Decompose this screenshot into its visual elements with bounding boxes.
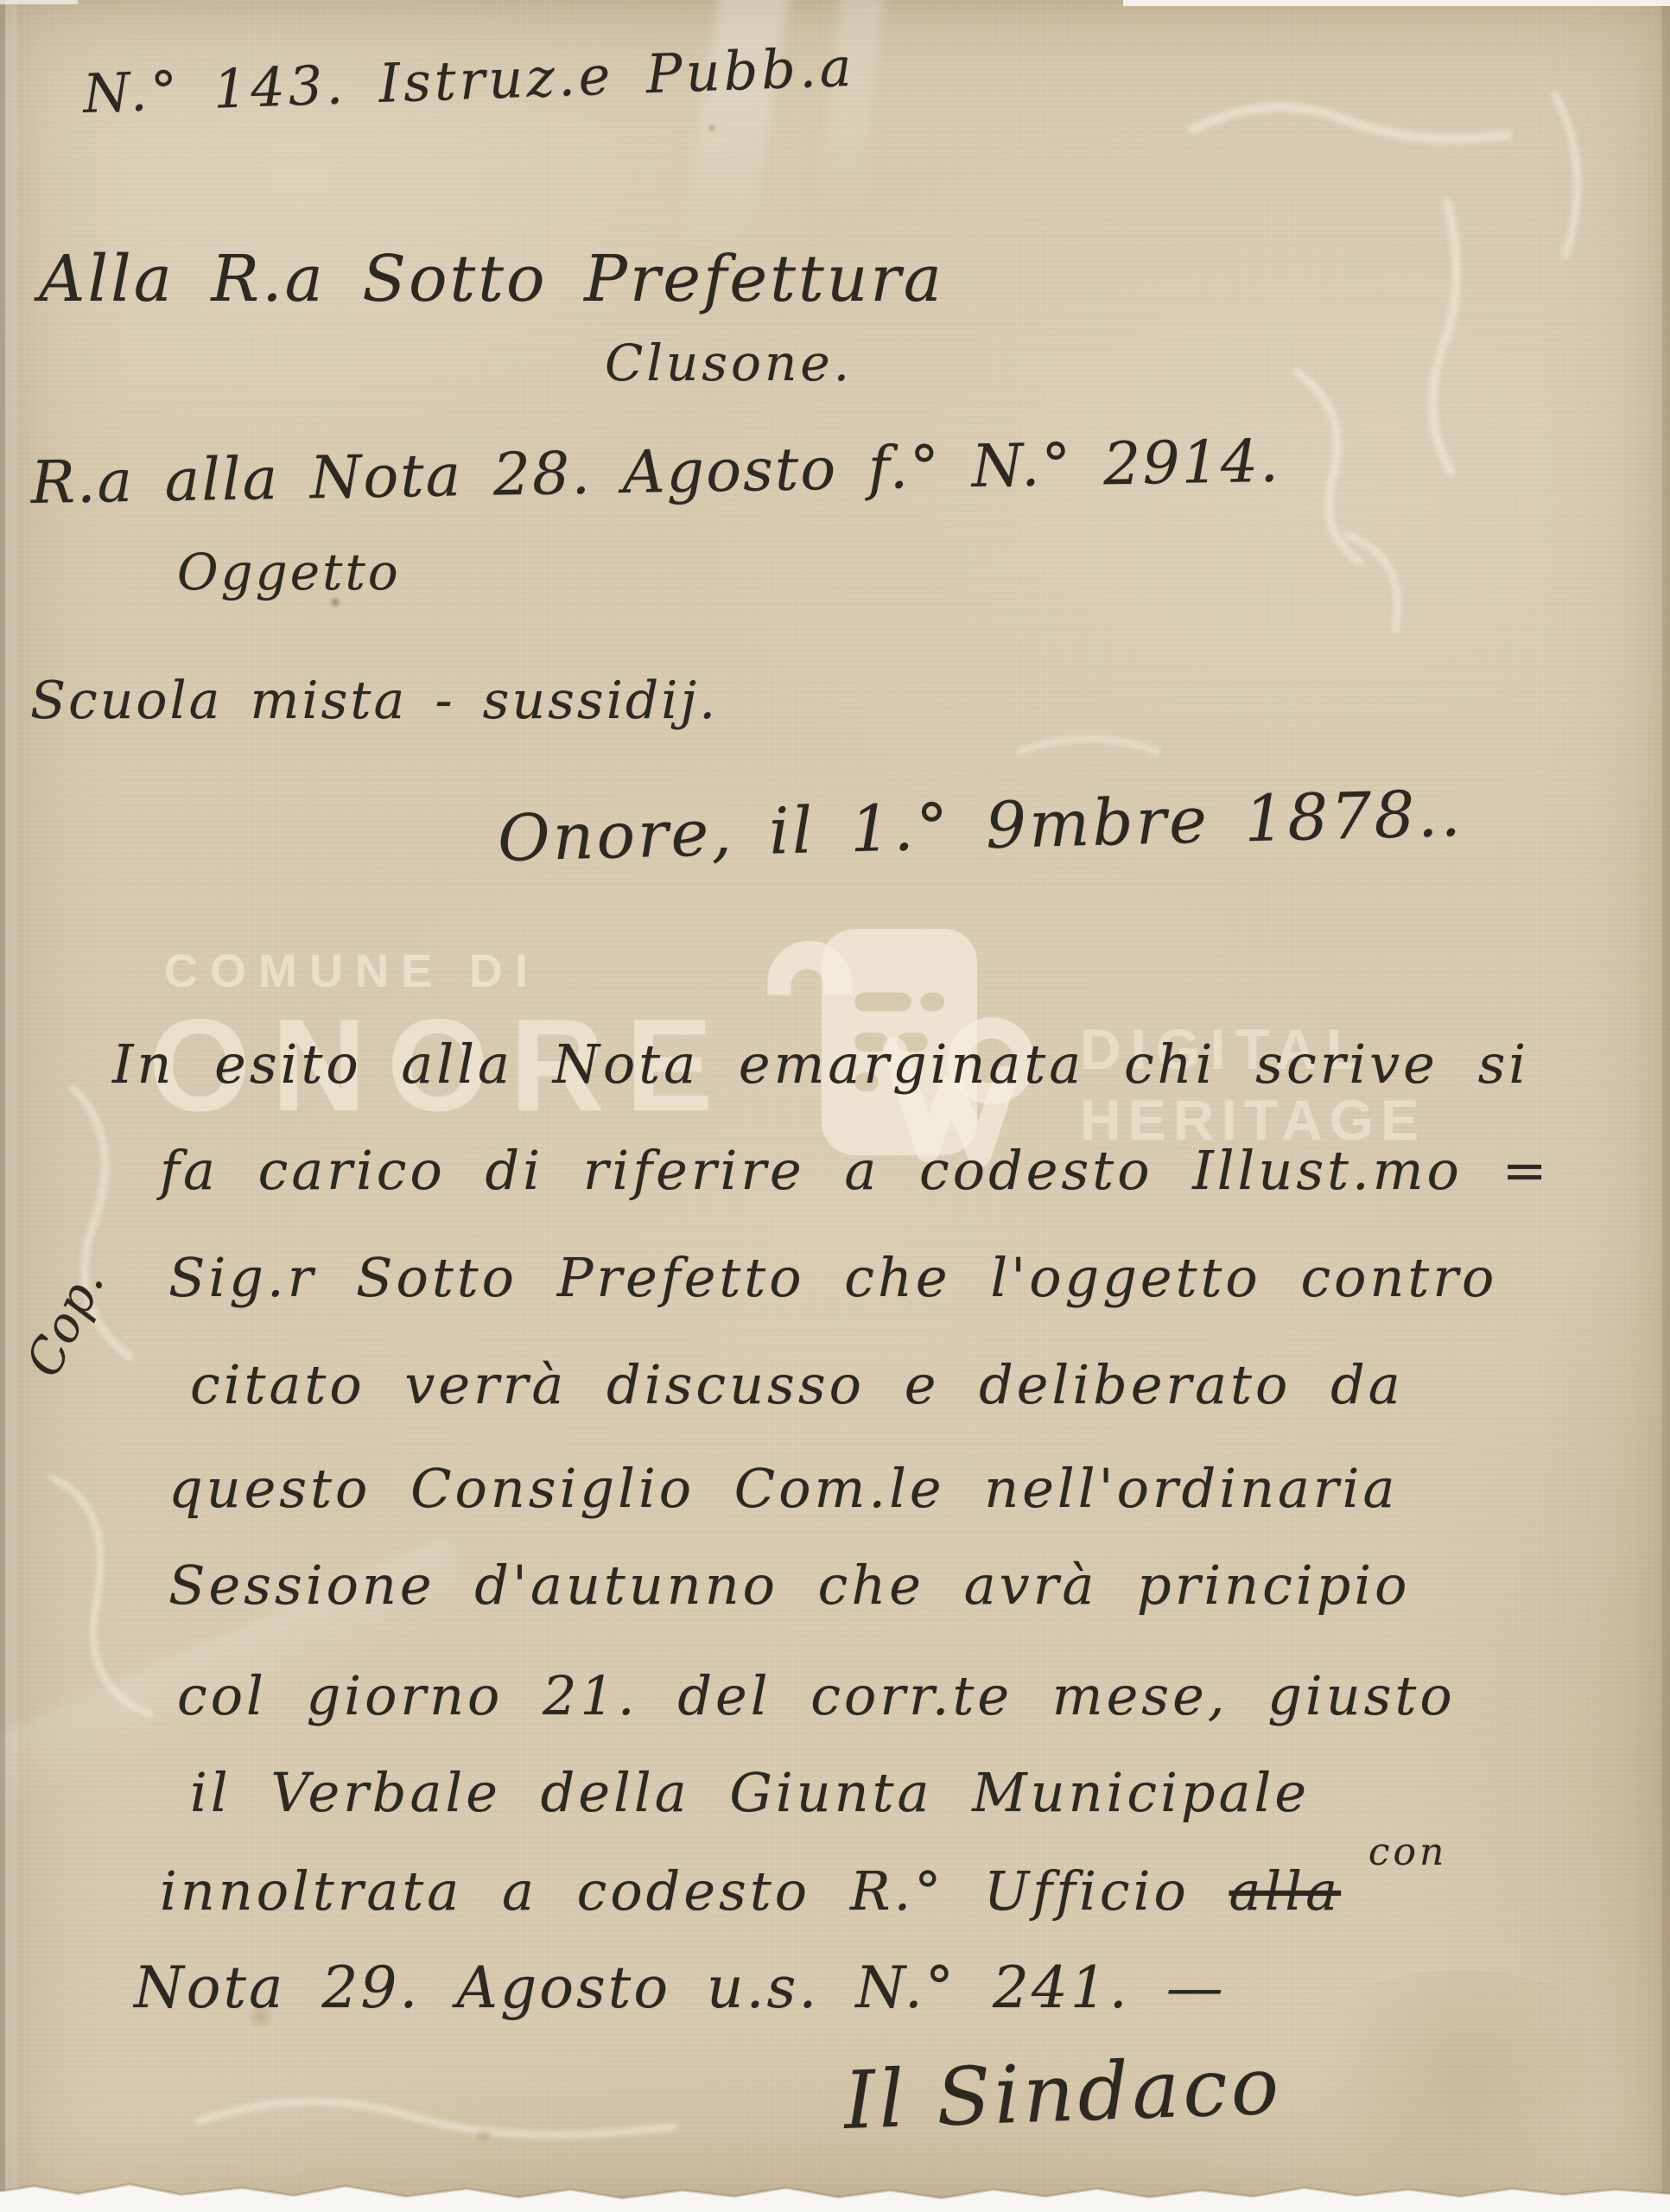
body-line: Sessione d'autunno che avrà principio (168, 1554, 1411, 1617)
body-line: questo Consiglio Com.le nell'ordinaria (168, 1457, 1398, 1520)
reference-line: R.a alla Nota 28. Agosto f.° N.° 2914. (30, 428, 1280, 518)
recipient-line: Alla R.a Sotto Prefettura (39, 242, 944, 316)
left-edge-line (0, 0, 5, 2212)
top-edge-notch (1123, 0, 1670, 6)
stain-shade (1279, 1970, 1641, 2195)
correction-pre-text: innoltrata a codesto R.° Ufficio (160, 1859, 1190, 1923)
closing-line: Nota 29. Agosto u.s. N.° 241. — (134, 1955, 1226, 2021)
inserted-word: con (1368, 1830, 1447, 1874)
dateline: Onore, il 1.° 9mbre 1878.. (497, 777, 1464, 876)
body-line: col giorno 21. del corr.te mese, giusto (177, 1664, 1456, 1727)
signature-il-sindaco: Il Sindaco (842, 2039, 1284, 2147)
watermark-comune-di: COMUNE DI (164, 944, 540, 998)
doc-number-line: N.° 143. Istruz.e Pubb.a (82, 35, 856, 125)
body-line: fa carico di riferire a codesto Illust.m… (160, 1139, 1551, 1202)
paper-sheet: COMUNE DI ONORE DIGITAL HERITAGE N.° 143… (0, 0, 1670, 2212)
recipient-place: Clusone. (605, 334, 853, 392)
body-line: Sig.r Sotto Prefetto che l'oggetto contr… (168, 1246, 1497, 1309)
margin-note: Cop. (16, 1260, 116, 1386)
subject-text: Scuola mista - sussidij. (30, 671, 718, 731)
left-edge-highlight (5, 0, 17, 2212)
deckle-bottom-edge (0, 2169, 1670, 2212)
right-edge-shade (1662, 0, 1670, 2212)
body-line: In esito alla Nota emarginata chi scrive… (112, 1033, 1529, 1096)
struck-word: alla (1229, 1859, 1342, 1923)
stain-spot (473, 2127, 494, 2145)
body-line-with-correction: innoltrata a codesto R.° Ufficio alla co… (160, 1859, 1459, 1923)
crease-streak (818, 0, 885, 218)
body-line: il Verbale della Giunta Municipale (190, 1761, 1310, 1824)
top-edge-notch (0, 0, 78, 4)
stain-spot (707, 123, 717, 133)
body-line: citato verrà discusso e deliberato da (190, 1353, 1404, 1416)
subject-label: Oggetto (177, 543, 401, 601)
